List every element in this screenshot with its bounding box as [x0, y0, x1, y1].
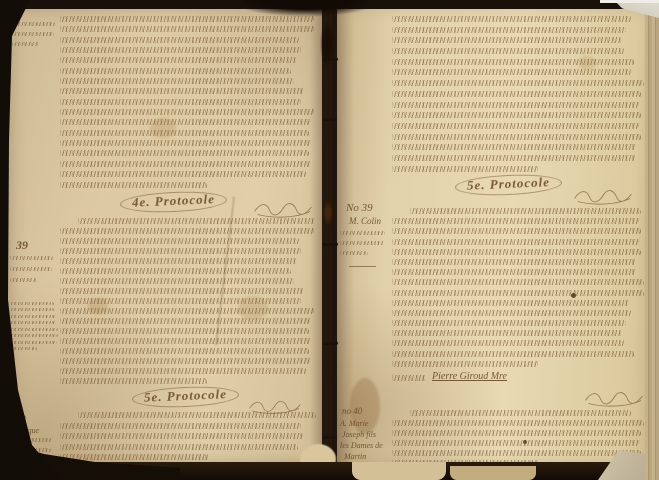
foxing-stain — [578, 56, 596, 70]
manuscript-line — [60, 444, 298, 450]
signature-paraphe — [252, 201, 314, 219]
book-spine — [310, 0, 354, 480]
signature-paraphe — [570, 188, 636, 206]
manuscript-line — [392, 134, 641, 140]
right-heading: 5e. Protocole — [424, 175, 594, 195]
manuscript-line — [8, 328, 58, 331]
left-heading-2-text: 5e. Protocole — [132, 385, 240, 410]
manuscript-line — [12, 32, 54, 36]
manuscript-line — [60, 119, 311, 125]
binding-stitch — [322, 243, 338, 247]
manuscript-line — [392, 279, 644, 285]
manuscript-line — [60, 109, 314, 115]
manuscript-line — [60, 433, 303, 439]
manuscript-line — [8, 315, 56, 318]
manuscript-line — [392, 239, 639, 245]
left-margin-note-mid — [10, 256, 56, 289]
left-heading-1-text: 4e. Protocole — [120, 190, 228, 215]
right-heading-text: 5e. Protocole — [455, 173, 563, 198]
manuscript-line — [60, 78, 294, 84]
manuscript-line — [392, 91, 641, 97]
ink-stain — [321, 196, 335, 230]
spine-crease — [330, 0, 332, 480]
manuscript-line — [392, 300, 629, 306]
manuscript-line — [60, 423, 301, 429]
manuscript-line — [60, 88, 304, 94]
manuscript-line — [392, 144, 636, 150]
ink-stain — [318, 14, 336, 74]
manuscript-line — [392, 27, 626, 33]
manuscript-photo: 39 le 38 Véronique 4e. Protocole 5e. Pro… — [0, 0, 659, 480]
right-text-block-1 — [392, 16, 644, 178]
manuscript-line — [60, 268, 291, 274]
manuscript-line — [392, 361, 538, 367]
manuscript-line — [410, 208, 642, 214]
binding-stitch — [323, 118, 337, 121]
ink-dot — [523, 440, 527, 444]
manuscript-line — [8, 334, 58, 337]
manuscript-line — [392, 269, 636, 275]
manuscript-line — [392, 37, 621, 43]
manuscript-line — [392, 69, 631, 75]
manuscript-line — [60, 318, 311, 324]
left-text-block-3 — [60, 412, 316, 466]
page-edges-right — [645, 0, 659, 480]
page-stack-edge — [352, 462, 446, 480]
manuscript-line — [60, 182, 207, 188]
manuscript-line — [392, 16, 631, 22]
manuscript-line — [60, 348, 309, 354]
manuscript-line — [60, 378, 207, 384]
foxing-stain — [238, 296, 268, 320]
inline-name: Pierre Giroud Mre — [432, 371, 507, 382]
manuscript-line — [60, 37, 299, 43]
left-margin-note-small — [8, 302, 58, 354]
manuscript-line — [392, 420, 644, 426]
manuscript-line — [392, 48, 624, 54]
manuscript-line — [392, 330, 621, 336]
manuscript-line — [392, 102, 639, 108]
manuscript-line — [392, 249, 641, 255]
left-text-block-1 — [60, 16, 314, 194]
manuscript-line — [60, 278, 294, 284]
manuscript-line — [60, 161, 311, 167]
manuscript-line — [10, 256, 53, 260]
foxing-stain — [150, 118, 176, 138]
foxing-stain — [88, 298, 108, 314]
manuscript-line — [60, 288, 304, 294]
page-stack-edge — [450, 466, 536, 480]
water-stain — [350, 378, 380, 434]
right-text-block-3 — [392, 410, 644, 470]
manuscript-line — [78, 412, 316, 418]
manuscript-line — [10, 267, 52, 271]
manuscript-line — [60, 248, 301, 254]
manuscript-line — [392, 375, 426, 381]
manuscript-line — [392, 440, 639, 446]
manuscript-line — [392, 340, 624, 346]
manuscript-line — [392, 320, 626, 326]
manuscript-line — [8, 321, 56, 324]
spine-shadow-top — [244, 0, 368, 17]
left-margin-note-top — [12, 22, 58, 52]
ink-dot — [571, 293, 576, 298]
manuscript-line — [60, 171, 306, 177]
manuscript-line — [392, 112, 641, 118]
page-corner-highlight — [600, 0, 659, 3]
manuscript-line — [8, 341, 57, 344]
manuscript-line — [392, 351, 634, 357]
manuscript-line — [12, 42, 39, 46]
manuscript-line — [60, 150, 309, 156]
manuscript-line — [60, 26, 314, 32]
manuscript-line — [60, 68, 291, 74]
right-text-block-2 — [392, 208, 644, 372]
manuscript-line — [10, 278, 37, 282]
manuscript-line — [392, 430, 641, 436]
manuscript-line — [60, 368, 306, 374]
manuscript-line — [60, 140, 311, 146]
manuscript-line — [60, 228, 314, 234]
manuscript-line — [8, 308, 54, 311]
manuscript-line — [60, 338, 311, 344]
left-margin-act-number: 39 — [16, 238, 28, 253]
binding-stitch — [323, 436, 337, 439]
manuscript-line — [392, 166, 538, 172]
manuscript-line — [60, 238, 299, 244]
manuscript-line — [392, 59, 634, 65]
manuscript-line — [60, 47, 301, 53]
manuscript-line — [8, 302, 54, 305]
manuscript-line — [392, 290, 644, 296]
manuscript-line — [392, 80, 644, 86]
manuscript-line — [392, 259, 636, 265]
manuscript-line — [60, 328, 309, 334]
manuscript-line — [60, 358, 311, 364]
manuscript-line — [410, 410, 632, 416]
manuscript-line — [392, 123, 639, 129]
manuscript-line — [392, 450, 641, 456]
binding-stitch — [322, 58, 338, 62]
binding-stitch — [323, 342, 338, 346]
manuscript-line — [60, 454, 208, 460]
manuscript-line — [60, 57, 296, 63]
manuscript-line — [78, 218, 314, 224]
signature-paraphe — [584, 390, 644, 408]
manuscript-line — [392, 310, 631, 316]
manuscript-line — [60, 258, 296, 264]
manuscript-line — [392, 155, 636, 161]
manuscript-line — [60, 130, 309, 136]
manuscript-line — [60, 99, 301, 105]
manuscript-line — [392, 228, 641, 234]
manuscript-line — [392, 218, 639, 224]
left-heading-1: 4e. Protocole — [84, 192, 264, 212]
